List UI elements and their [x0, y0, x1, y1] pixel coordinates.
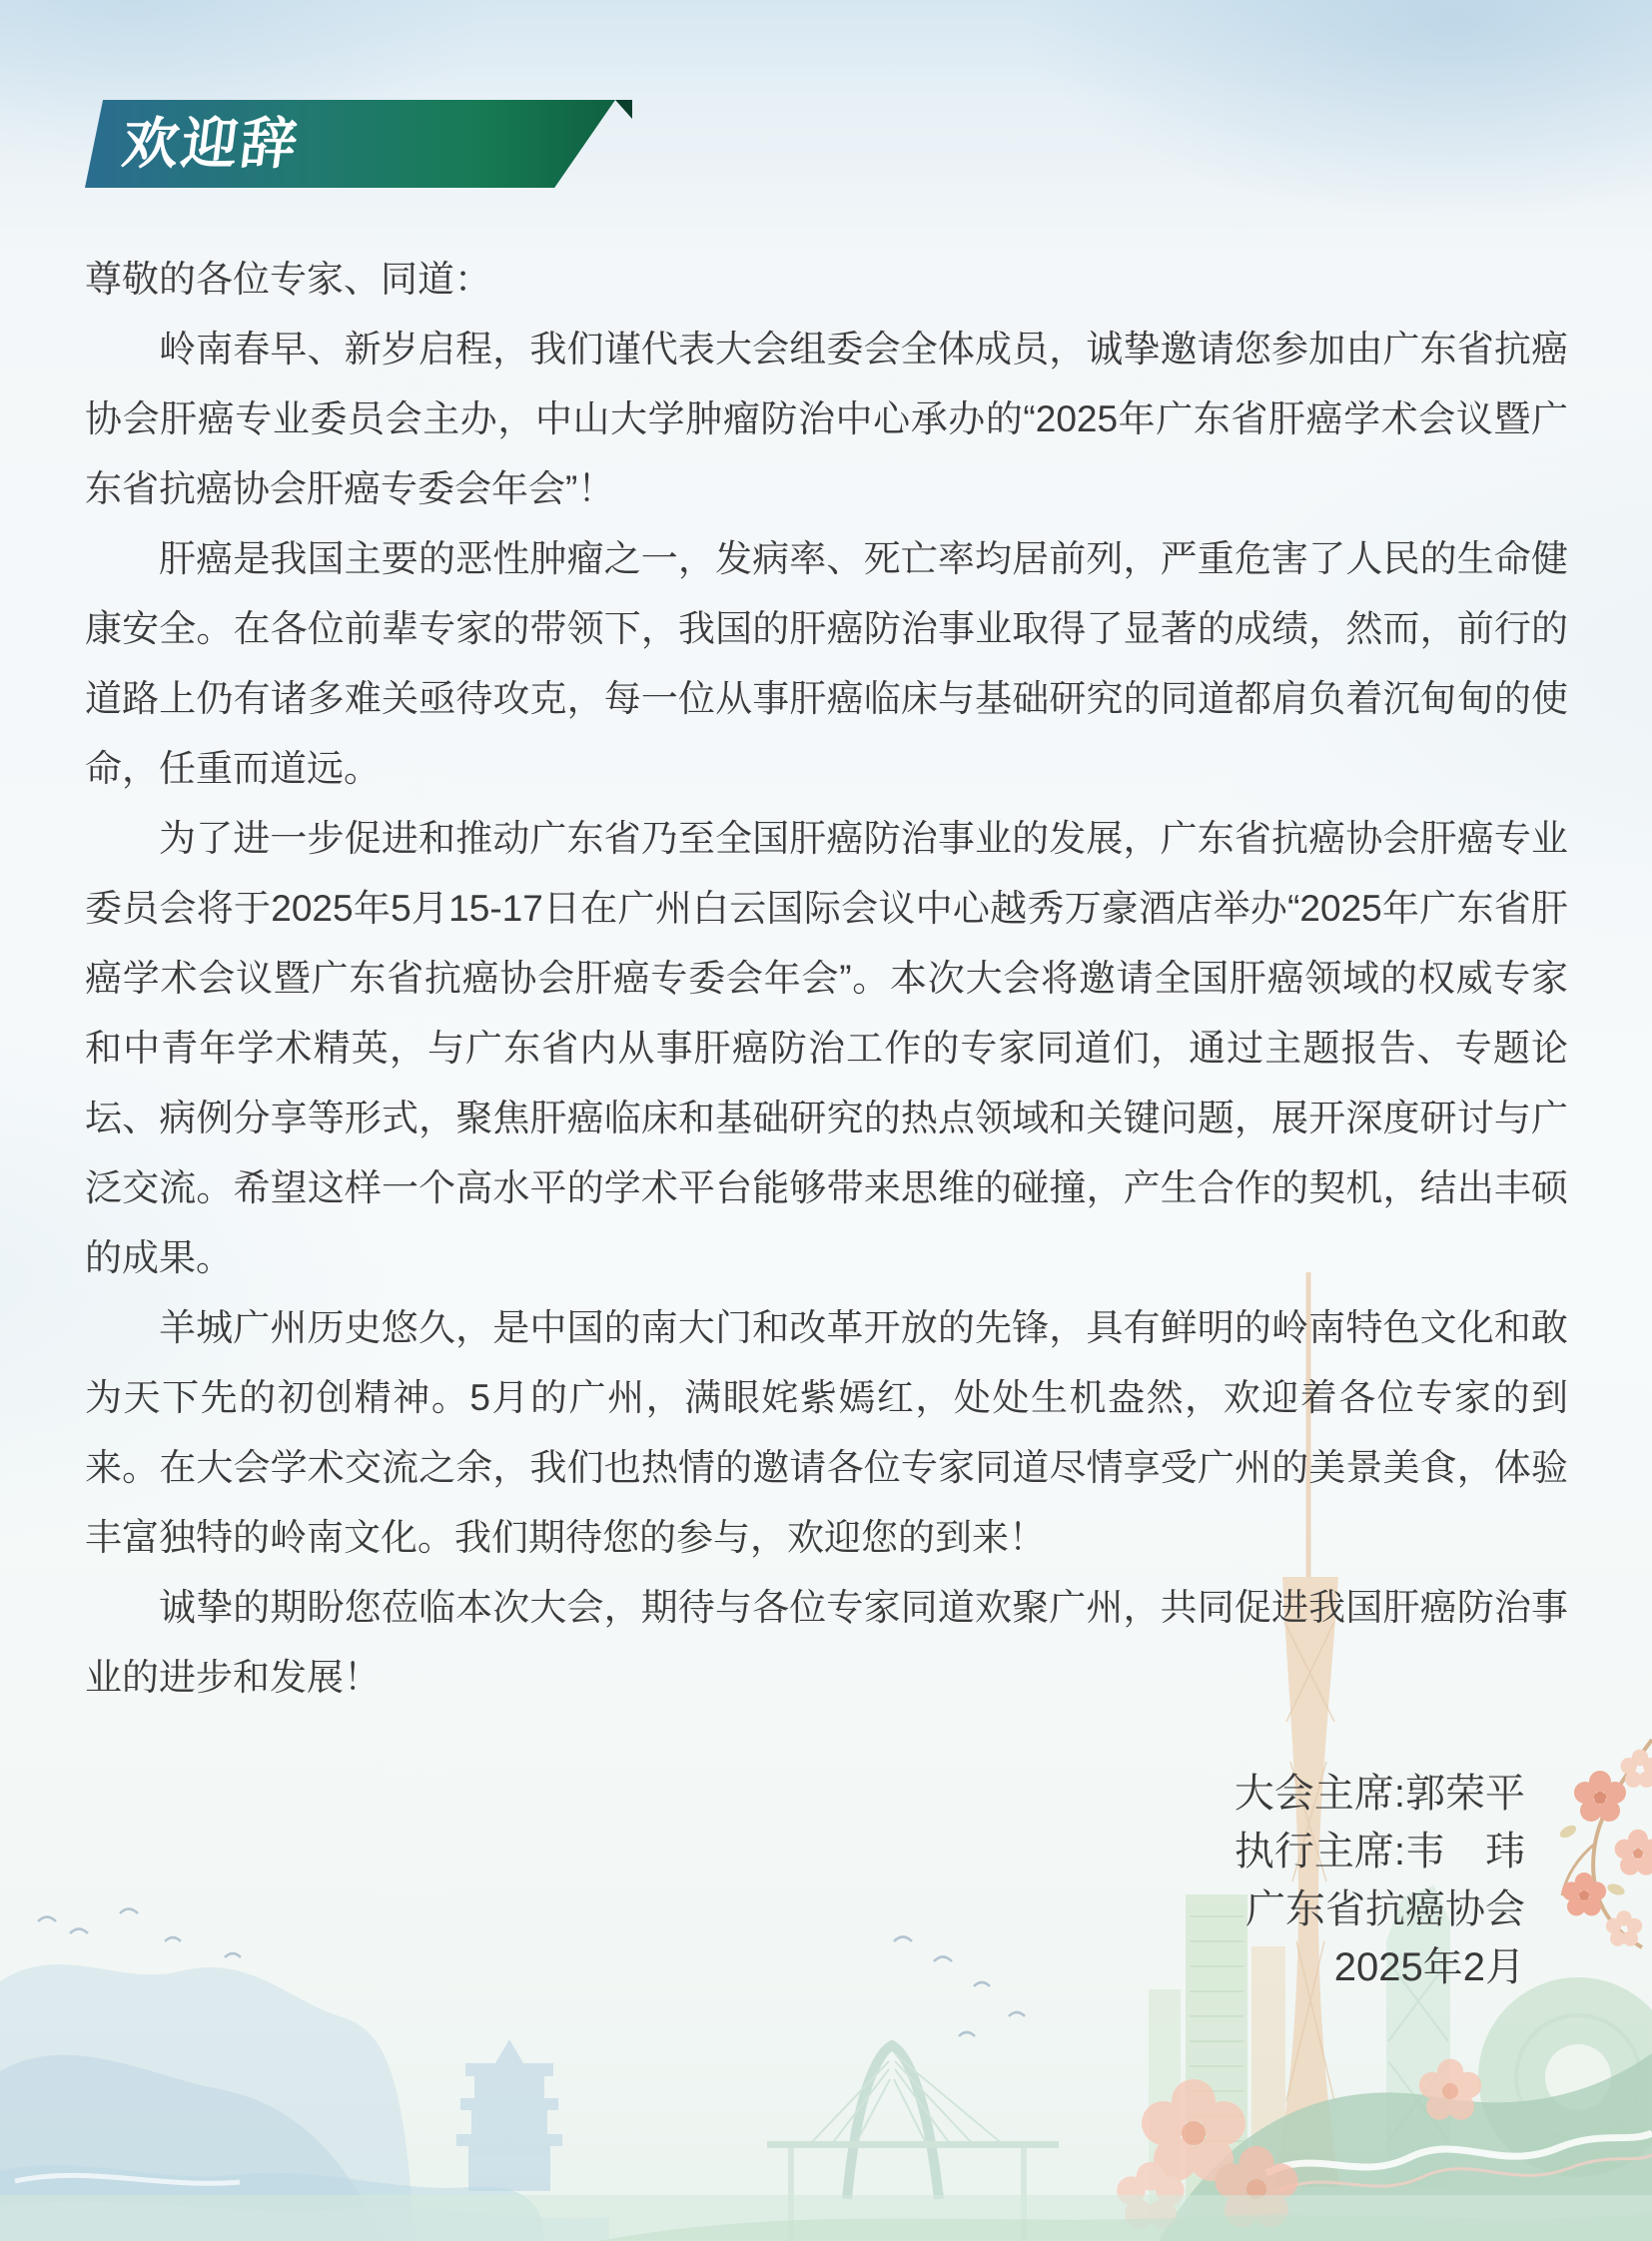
signature-date: 2025年2月 — [85, 1938, 1525, 1996]
letter-paragraph: 肝癌是我国主要的恶性肿瘤之一，发病率、死亡率均居前列，严重危害了人民的生命健康安… — [85, 524, 1568, 804]
letter-paragraph: 为了进一步促进和推动广东省乃至全国肝癌防治事业的发展，广东省抗癌协会肝癌专业委员… — [85, 804, 1568, 1293]
executive-chairman-line: 执行主席:韦 玮 — [85, 1823, 1525, 1880]
blossom-branch-illustration — [1558, 1740, 1652, 1947]
letter-paragraph: 诚挚的期盼您莅临本次大会，期待与各位专家同道欢聚广州，共同促进我国肝癌防治事业的… — [85, 1573, 1568, 1713]
banner-fold-decoration — [615, 100, 632, 119]
signature-block: 大会主席:郭荣平 执行主席:韦 玮 广东省抗癌协会 2025年2月 — [85, 1765, 1568, 1996]
welcome-letter-page: 欢迎辞 尊敬的各位专家、同道： 岭南春早、新岁启程，我们谨代表大会组委会全体成员… — [0, 0, 1652, 2241]
letter-paragraph: 羊城广州历史悠久，是中国的南大门和改革开放的先锋，具有鲜明的岭南特色文化和敢为天… — [85, 1293, 1568, 1573]
welcome-letter: 尊敬的各位专家、同道： 岭南春早、新岁启程，我们谨代表大会组委会全体成员，诚挚邀… — [85, 245, 1568, 1996]
page-title: 欢迎辞 — [118, 100, 306, 188]
chairman-line: 大会主席:郭荣平 — [85, 1765, 1525, 1823]
letter-body: 岭南春早、新岁启程，我们谨代表大会组委会全体成员，诚挚邀请您参加由广东省抗癌协会… — [85, 315, 1568, 1713]
section-banner: 欢迎辞 — [85, 100, 632, 188]
organization-name: 广东省抗癌协会 — [85, 1880, 1525, 1938]
letter-paragraph: 岭南春早、新岁启程，我们谨代表大会组委会全体成员，诚挚邀请您参加由广东省抗癌协会… — [85, 315, 1568, 524]
greeting-line: 尊敬的各位专家、同道： — [85, 245, 1568, 315]
